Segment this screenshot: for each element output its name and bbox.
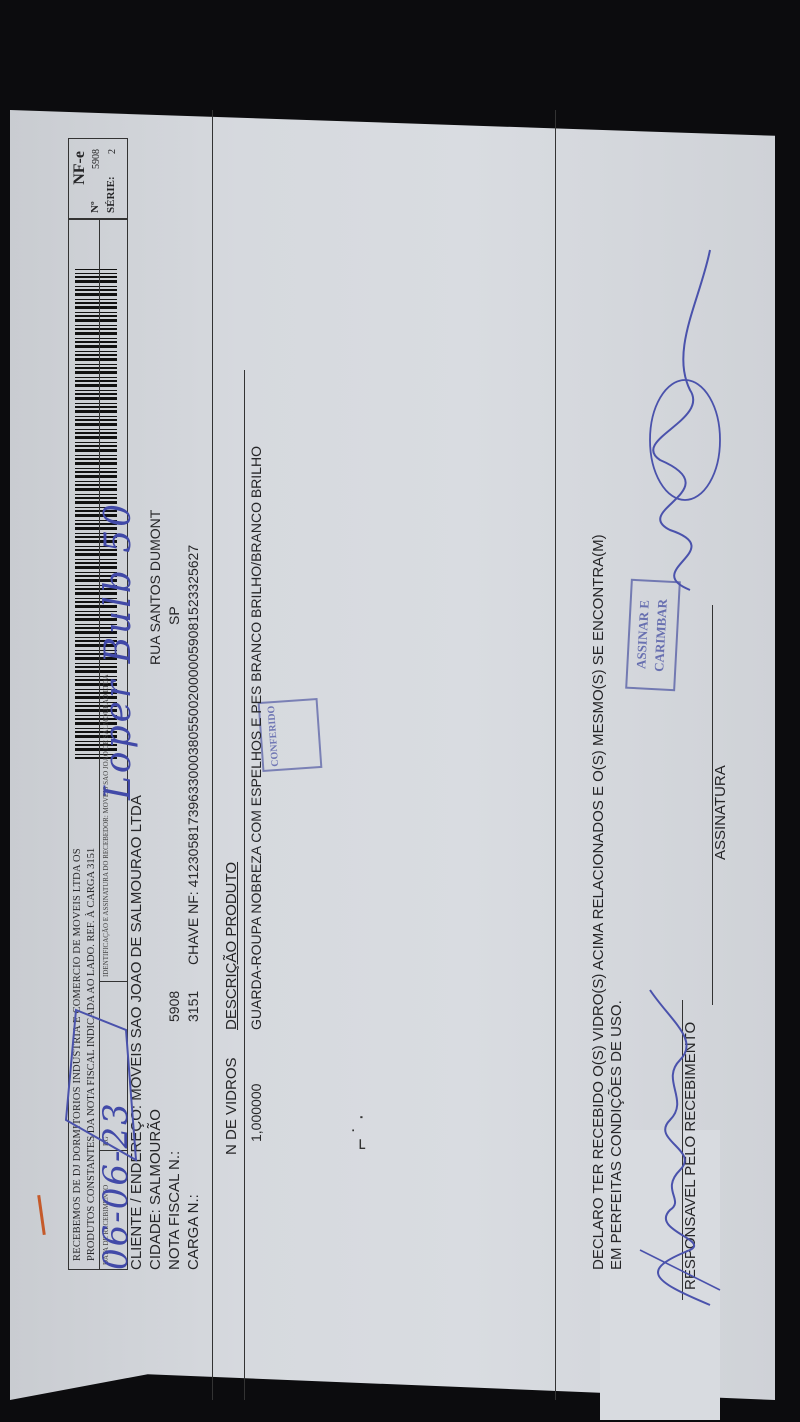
nfe-serie-label: SÉRIE: — [105, 176, 117, 213]
sign-and-stamp-stamp: ASSINAR E CARIMBAR — [625, 579, 681, 691]
paper-sheet: RECEBEMOS DE DJ DORMITORIOS INDUSTRIA E … — [10, 110, 775, 1400]
access-key-value: 4123058173963300038055002000005908152332… — [185, 545, 201, 888]
nfe-title: NF-e — [71, 151, 89, 185]
handwritten-name: Loper Bulb 50 — [98, 501, 139, 800]
state-uf: SP — [166, 606, 182, 625]
divider-table — [244, 370, 245, 1400]
column-header-qty: N DE VIDROS — [223, 1057, 240, 1155]
item-description: GUARDA-ROUPA NOBREZA COM ESPELHOS E PES … — [248, 446, 264, 1030]
assinatura-label: ASSINATURA — [712, 765, 729, 860]
handwritten-signature-responsible — [610, 970, 730, 1310]
nfe-number: 5908 — [91, 149, 102, 169]
access-key-label: CHAVE NF: — [185, 891, 201, 965]
invoice-number-label: NOTA FISCAL N.: — [166, 1151, 183, 1270]
receipt-stamp: CONFERIDO — [258, 698, 323, 772]
column-header-description: DESCRIÇÃO PRODUTO — [223, 862, 240, 1030]
handwritten-mark-header — [66, 1000, 136, 1160]
city-value: SALMOURÃO — [147, 1109, 164, 1205]
divider-bottom — [555, 110, 556, 1400]
item-qty: 1,000000 — [248, 1084, 264, 1142]
invoice-number-value: 5908 — [166, 991, 182, 1022]
city-field: CIDADE: SALMOURÃO — [147, 1109, 164, 1270]
declaration-line1: DECLARO TER RECEBIDO O(S) VIDRO(S) ACIMA… — [590, 534, 607, 1270]
street-address: RUA SANTOS DUMONT — [147, 510, 163, 665]
delivery-receipt: RECEBEMOS DE DJ DORMITORIOS INDUSTRIA E … — [10, 110, 775, 1400]
load-number-label: CARGA N.: — [185, 1194, 202, 1270]
pen-marks: ⌐ ˙ · — [350, 1114, 373, 1150]
red-pen-mark — [37, 1195, 46, 1235]
divider-top — [212, 110, 213, 1400]
city-label: CIDADE: — [147, 1209, 164, 1270]
access-key-field: CHAVE NF: 412305817396330003805500200000… — [185, 545, 201, 965]
load-number-value: 3151 — [185, 991, 201, 1022]
handwritten-signature-assinatura — [630, 250, 740, 590]
nfe-serie: 2 — [107, 149, 118, 154]
nfe-box: NF-e Nº 5908 SÉRIE: 2 — [68, 138, 128, 220]
nfe-number-label: Nº — [89, 201, 101, 213]
